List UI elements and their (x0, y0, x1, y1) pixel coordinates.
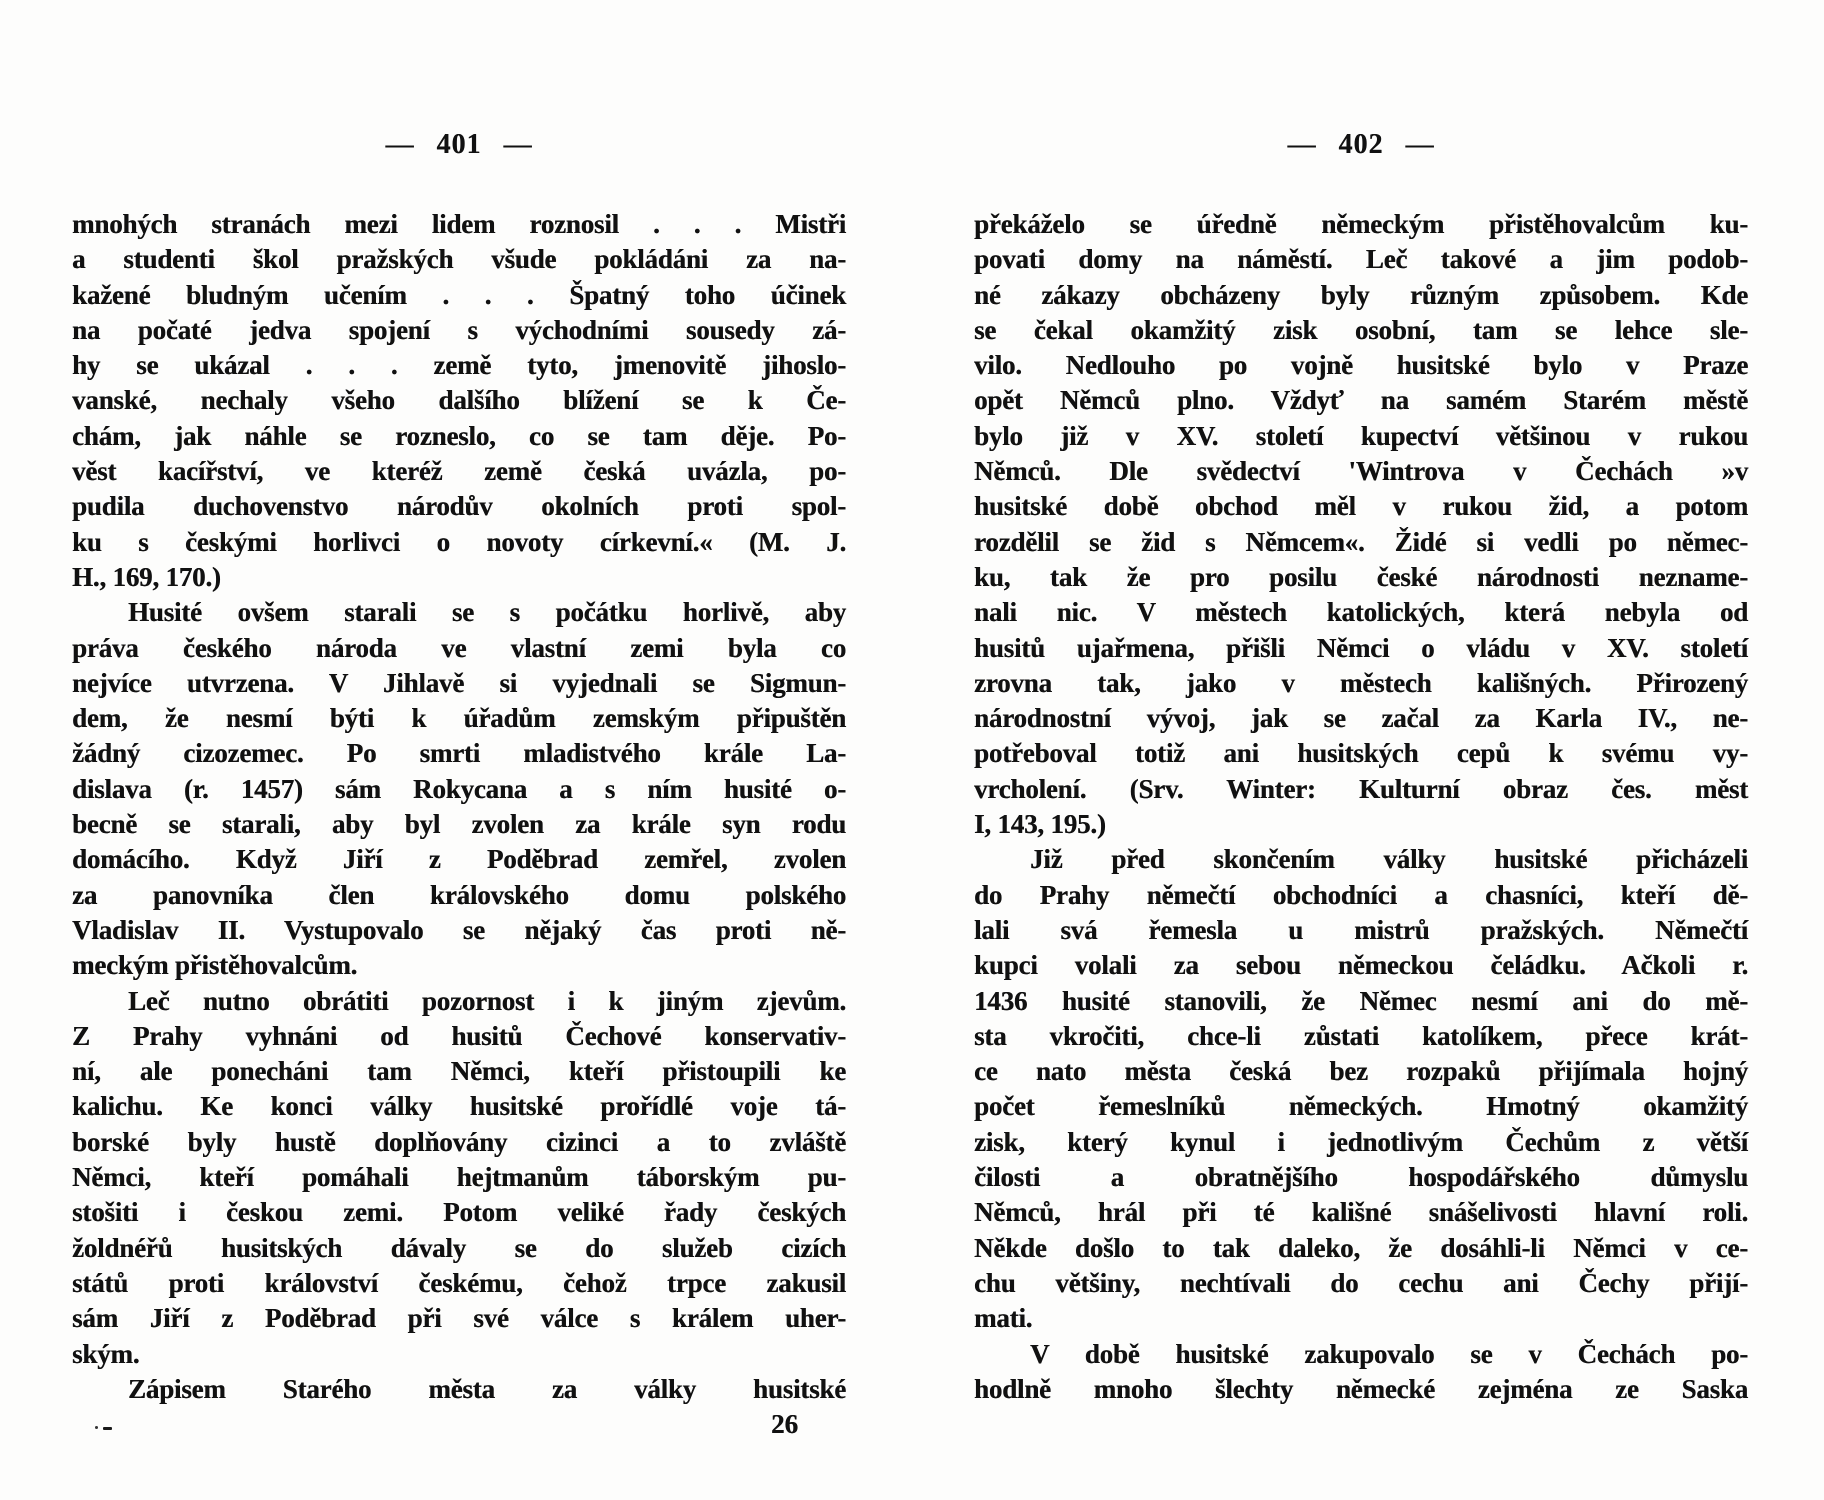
text-line: ku s českými horlivci o novoty církevní.… (72, 525, 846, 560)
text-line: se čekal okamžitý zisk osobní, tam se le… (974, 313, 1748, 348)
text-line: věst kacířství, ve kteréž země česká uvá… (72, 454, 846, 489)
text-line: kupci volali za sebou německou čeládku. … (974, 948, 1748, 983)
text-line: nali nic. V městech katolických, která n… (974, 595, 1748, 630)
text-line: meckým přistěhovalcům. (72, 948, 846, 983)
text-line: Němců, hrál při té kališné snášelivosti … (974, 1195, 1748, 1230)
text-line: kažené bludným učením . . . Špatný toho … (72, 278, 846, 313)
text-line: ní, ale ponecháni tam Němci, kteří přist… (72, 1054, 846, 1089)
text-line: Již před skončením války husitské přichá… (974, 842, 1748, 877)
text-line: Vladislav II. Vystupovalo se nějaký čas … (72, 913, 846, 948)
text-line: sta vkročiti, chce-li zůstati katolíkem,… (974, 1019, 1748, 1054)
signature-number: 26 (72, 1407, 846, 1442)
text-line: Husité ovšem starali se s počátku horliv… (72, 595, 846, 630)
text-line: domácího. Když Jiří z Poděbrad zemřel, z… (72, 842, 846, 877)
page-401-text-block: mnohých stranách mezi lidem roznosil . .… (72, 207, 846, 1407)
text-line: Zápisem Starého města za války husitské (72, 1372, 846, 1407)
text-line: vrcholení. (Srv. Winter: Kulturní obraz … (974, 772, 1748, 807)
text-line: husitské době obchod měl v rukou žid, a … (974, 489, 1748, 524)
text-line: becně se starali, aby byl zvolen za král… (72, 807, 846, 842)
page-number-401: — 401 — (72, 128, 846, 162)
text-line: hodlně mnoho šlechty německé zejména ze … (974, 1372, 1748, 1407)
text-line: do Prahy němečtí obchodníci a chasníci, … (974, 878, 1748, 913)
text-line: a studenti škol pražských všude pokládán… (72, 242, 846, 277)
text-line: bylo již v XV. století kupectví většinou… (974, 419, 1748, 454)
text-line: borské byly hustě doplňovány cizinci a t… (72, 1125, 846, 1160)
text-line: zrovna tak, jako v městech kališných. Př… (974, 666, 1748, 701)
text-line: Leč nutno obrátiti pozornost i k jiným z… (72, 984, 846, 1019)
text-line: chu většiny, nechtívali do cechu ani Čec… (974, 1266, 1748, 1301)
text-line: stošiti i českou zemi. Potom veliké řady… (72, 1195, 846, 1230)
text-line: Němců. Dle svědectví 'Wintrova v Čechách… (974, 454, 1748, 489)
text-line: H., 169, 170.) (72, 560, 846, 595)
text-line: lali svá řemesla u mistrů pražských. Něm… (974, 913, 1748, 948)
text-line: na počaté jedva spojení s východními sou… (72, 313, 846, 348)
text-line: za panovníka člen královského domu polsk… (72, 878, 846, 913)
text-line: V době husitské zakupovalo se v Čechách … (974, 1337, 1748, 1372)
text-line: rozdělil se žid s Němcem«. Židé si vedli… (974, 525, 1748, 560)
text-line: počet řemeslníků německých. Hmotný okamž… (974, 1089, 1748, 1124)
text-line: nejvíce utvrzena. V Jihlavě si vyjednali… (72, 666, 846, 701)
page-number-402: — 402 — (974, 128, 1748, 162)
text-line: žádný cizozemec. Po smrti mladistvého kr… (72, 736, 846, 771)
text-line: husitů ujařmena, přišli Němci o vládu v … (974, 631, 1748, 666)
text-line: Němci, kteří pomáhali hejtmanům táborský… (72, 1160, 846, 1195)
text-line: práva českého národa ve vlastní zemi byl… (72, 631, 846, 666)
text-line: Z Prahy vyhnáni od husitů Čechové konser… (72, 1019, 846, 1054)
text-line: ku, tak že pro posilu české národnosti n… (974, 560, 1748, 595)
text-line: zisk, který kynul i jednotlivým Čechům z… (974, 1125, 1748, 1160)
text-line: 1436 husité stanovili, že Němec nesmí an… (974, 984, 1748, 1019)
text-line: mati. (974, 1301, 1748, 1336)
text-line: překáželo se úředně německým přistěhoval… (974, 207, 1748, 242)
scan-smudge-mark (103, 1427, 112, 1430)
text-line: sám Jiří z Poděbrad při své válce s král… (72, 1301, 846, 1336)
text-line: čilosti a obratnějšího hospodářského dům… (974, 1160, 1748, 1195)
page-401: — 401 — mnohých stranách mezi lidem rozn… (72, 128, 846, 1442)
text-line: dislava (r. 1457) sám Rokycana a s ním h… (72, 772, 846, 807)
text-line: I, 143, 195.) (974, 807, 1748, 842)
text-line: vilo. Nedlouho po vojně husitské bylo v … (974, 348, 1748, 383)
page-402-text-block: překáželo se úředně německým přistěhoval… (974, 207, 1748, 1407)
text-line: ce nato města česká bez rozpaků přijímal… (974, 1054, 1748, 1089)
text-line: kalichu. Ke konci války husitské prořídl… (72, 1089, 846, 1124)
text-line: dem, že nesmí býti k úřadům zemským přip… (72, 701, 846, 736)
text-line: opět Němců plno. Vždyť na samém Starém m… (974, 383, 1748, 418)
text-line: žoldnéřů husitských dávaly se do služeb … (72, 1231, 846, 1266)
text-line: pudila duchovenstvo národův okolních pro… (72, 489, 846, 524)
text-line: vanské, nechaly všeho dalšího blížení se… (72, 383, 846, 418)
text-line: států proti království českému, čehož tr… (72, 1266, 846, 1301)
text-line: chám, jak náhle se rozneslo, co se tam d… (72, 419, 846, 454)
text-line: potřeboval totiž ani husitských cepů k s… (974, 736, 1748, 771)
text-line: mnohých stranách mezi lidem roznosil . .… (72, 207, 846, 242)
text-line: hy se ukázal . . . země tyto, jmenovitě … (72, 348, 846, 383)
text-line: povati domy na náměstí. Leč takové a jim… (974, 242, 1748, 277)
text-line: ským. (72, 1337, 846, 1372)
text-line: né zákazy obcházeny byly různým způsobem… (974, 278, 1748, 313)
page-402: — 402 — překáželo se úředně německým při… (974, 128, 1748, 1407)
text-line: národnostní vývoj, jak se začal za Karla… (974, 701, 1748, 736)
text-line: Někde došlo to tak daleko, že dosáhli-li… (974, 1231, 1748, 1266)
